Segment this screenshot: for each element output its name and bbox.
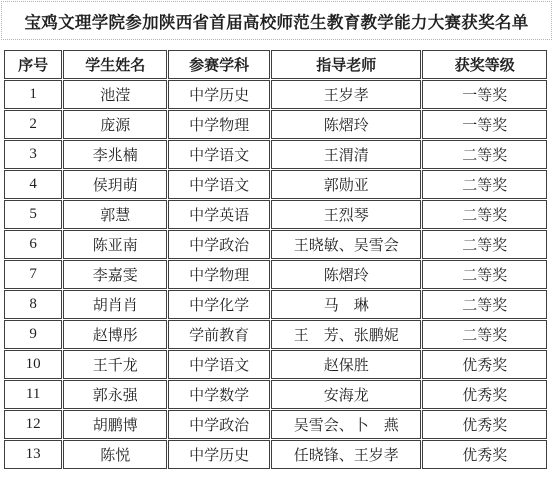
award-level-cell: 优秀奖 [422,380,547,409]
table-row: 6陈亚南中学政治王晓敏、吴雪会二等奖 [4,230,547,259]
competition-subject-cell: 中学语文 [168,350,270,379]
student-name-cell: 郭慧 [63,200,167,229]
row-index-cell: 9 [4,320,62,349]
table-row: 13陈悦中学历史任晓锋、王岁孝优秀奖 [4,440,547,469]
competition-subject-cell: 中学化学 [168,290,270,319]
advisor-cell: 任晓锋、王岁孝 [271,440,421,469]
table-row: 11郭永强中学数学安海龙优秀奖 [4,380,547,409]
competition-subject-cell: 中学政治 [168,230,270,259]
table-row: 2庞源中学物理陈熠玲一等奖 [4,110,547,139]
award-level-cell: 二等奖 [422,230,547,259]
student-name-cell: 池滢 [63,80,167,109]
table-row: 7李嘉雯中学物理陈熠玲二等奖 [4,260,547,289]
competition-subject-cell: 中学数学 [168,380,270,409]
advisor-cell: 郭勋亚 [271,170,421,199]
award-level-cell: 优秀奖 [422,350,547,379]
award-level-cell: 二等奖 [422,260,547,289]
table-row: 10王千龙中学语文赵保胜优秀奖 [4,350,547,379]
student-name-cell: 侯玥萌 [63,170,167,199]
awards-table: 序号学生姓名参赛学科指导老师获奖等级 1池滢中学历史王岁孝一等奖2庞源中学物理陈… [3,49,548,470]
competition-subject-cell: 中学历史 [168,80,270,109]
advisor-cell: 王岁孝 [271,80,421,109]
column-header-student-name: 学生姓名 [63,50,167,79]
row-index-cell: 10 [4,350,62,379]
student-name-cell: 庞源 [63,110,167,139]
table-row: 12胡鹏博中学政治吴雪会、卜 燕优秀奖 [4,410,547,439]
column-header-row-index: 序号 [4,50,62,79]
student-name-cell: 胡鹏博 [63,410,167,439]
page-title: 宝鸡文理学院参加陕西省首届高校师范生教育教学能力大赛获奖名单 [1,1,552,40]
award-level-cell: 优秀奖 [422,410,547,439]
award-level-cell: 二等奖 [422,170,547,199]
competition-subject-cell: 中学物理 [168,110,270,139]
award-level-cell: 一等奖 [422,110,547,139]
column-header-advisor: 指导老师 [271,50,421,79]
table-row: 3李兆楠中学语文王渭清二等奖 [4,140,547,169]
row-index-cell: 8 [4,290,62,319]
advisor-cell: 陈熠玲 [271,110,421,139]
table-row: 8胡肖肖中学化学马 琳二等奖 [4,290,547,319]
student-name-cell: 胡肖肖 [63,290,167,319]
document-page: 宝鸡文理学院参加陕西省首届高校师范生教育教学能力大赛获奖名单 序号学生姓名参赛学… [0,1,554,493]
student-name-cell: 陈悦 [63,440,167,469]
advisor-cell: 王烈琴 [271,200,421,229]
award-level-cell: 二等奖 [422,320,547,349]
column-header-competition-subject: 参赛学科 [168,50,270,79]
row-index-cell: 5 [4,200,62,229]
advisor-cell: 赵保胜 [271,350,421,379]
column-header-award-level: 获奖等级 [422,50,547,79]
table-row: 4侯玥萌中学语文郭勋亚二等奖 [4,170,547,199]
table-row: 5郭慧中学英语王烈琴二等奖 [4,200,547,229]
student-name-cell: 陈亚南 [63,230,167,259]
table-body: 1池滢中学历史王岁孝一等奖2庞源中学物理陈熠玲一等奖3李兆楠中学语文王渭清二等奖… [4,80,547,469]
advisor-cell: 王 芳、张鹏妮 [271,320,421,349]
row-index-cell: 7 [4,260,62,289]
student-name-cell: 郭永强 [63,380,167,409]
row-index-cell: 13 [4,440,62,469]
competition-subject-cell: 中学语文 [168,140,270,169]
competition-subject-cell: 学前教育 [168,320,270,349]
award-level-cell: 优秀奖 [422,440,547,469]
advisor-cell: 马 琳 [271,290,421,319]
row-index-cell: 12 [4,410,62,439]
advisor-cell: 吴雪会、卜 燕 [271,410,421,439]
row-index-cell: 6 [4,230,62,259]
student-name-cell: 李嘉雯 [63,260,167,289]
row-index-cell: 11 [4,380,62,409]
row-index-cell: 4 [4,170,62,199]
advisor-cell: 安海龙 [271,380,421,409]
table-row: 1池滢中学历史王岁孝一等奖 [4,80,547,109]
competition-subject-cell: 中学历史 [168,440,270,469]
student-name-cell: 李兆楠 [63,140,167,169]
header-row: 序号学生姓名参赛学科指导老师获奖等级 [4,50,547,79]
competition-subject-cell: 中学英语 [168,200,270,229]
award-level-cell: 一等奖 [422,80,547,109]
award-level-cell: 二等奖 [422,140,547,169]
row-index-cell: 3 [4,140,62,169]
advisor-cell: 王渭清 [271,140,421,169]
student-name-cell: 赵博彤 [63,320,167,349]
advisor-cell: 陈熠玲 [271,260,421,289]
row-index-cell: 1 [4,80,62,109]
award-level-cell: 二等奖 [422,290,547,319]
competition-subject-cell: 中学物理 [168,260,270,289]
advisor-cell: 王晓敏、吴雪会 [271,230,421,259]
award-level-cell: 二等奖 [422,200,547,229]
competition-subject-cell: 中学政治 [168,410,270,439]
table-row: 9赵博彤学前教育王 芳、张鹏妮二等奖 [4,320,547,349]
row-index-cell: 2 [4,110,62,139]
student-name-cell: 王千龙 [63,350,167,379]
competition-subject-cell: 中学语文 [168,170,270,199]
